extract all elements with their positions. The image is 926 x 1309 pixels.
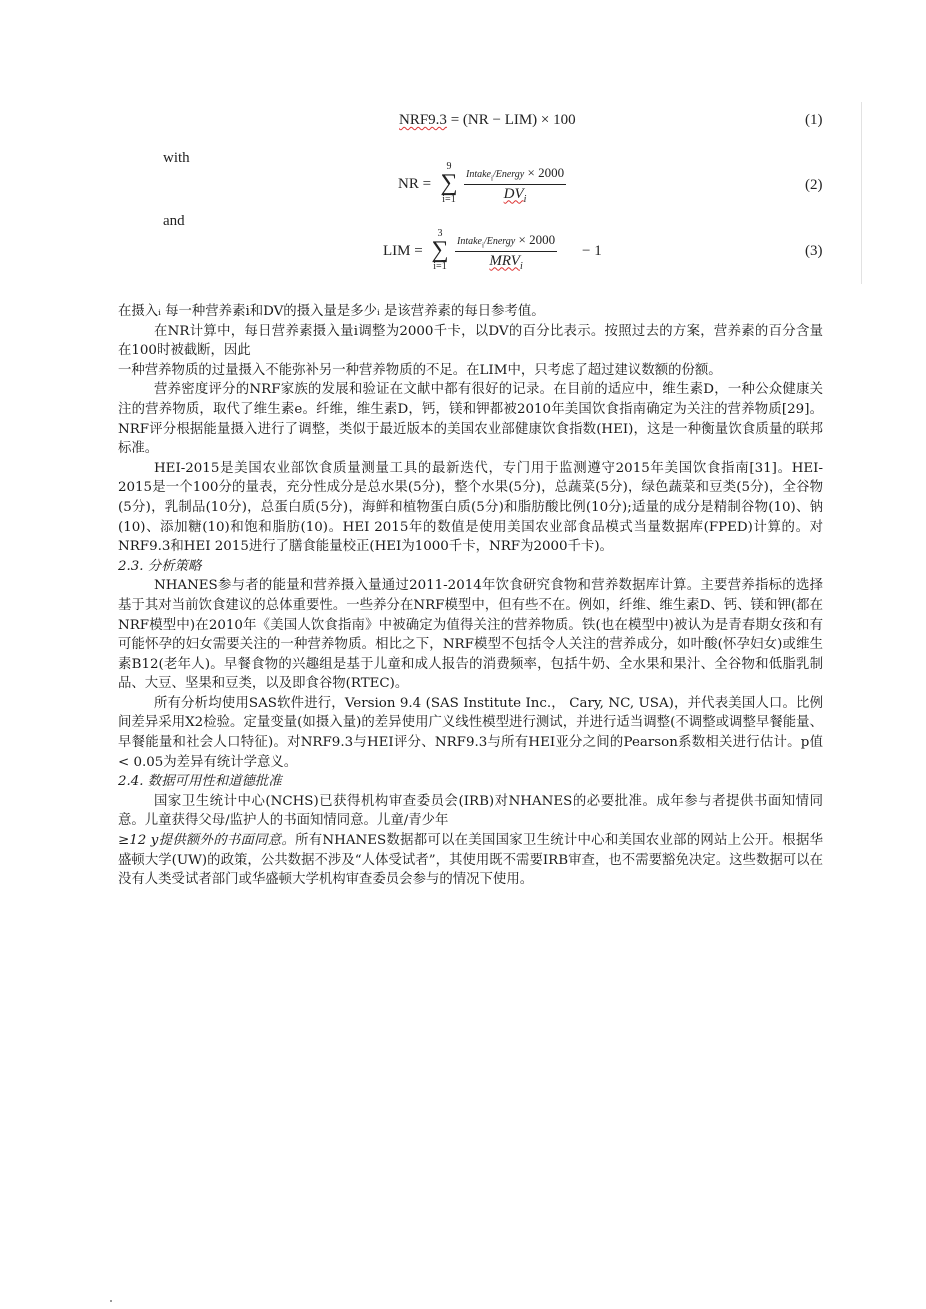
paragraph: 在摄入ᵢ 每一种营养素i和DV的摄入量是多少ᵢ 是该营养素的每日参考值。 [118, 302, 823, 322]
margin-divider [861, 102, 862, 284]
equation-3-lhs: LIM = [383, 243, 423, 260]
summation-sign: 9 ∑ i=1 [438, 162, 460, 206]
equation-1: NRF9.3 = (NR − LIM) × 100 [399, 112, 576, 129]
summation-sign: 3 ∑ i=1 [429, 229, 451, 273]
section-heading-2-4: 2.4. 数据可用性和道德批准 [118, 772, 823, 792]
paragraph: ≥12 y提供额外的书面同意。所有NHANES数据都可以在美国国家卫生统计中心和… [118, 831, 823, 890]
page-marker [110, 1300, 112, 1302]
equation-1-rhs: = (NR − LIM) × 100 [451, 112, 576, 128]
equation-connector-with: with [163, 150, 190, 167]
document-page: NRF9.3 = (NR − LIM) × 100 (1) with NR = … [0, 0, 926, 1309]
italic-consent-note: ≥12 y提供额外的书面同意。 [118, 833, 295, 848]
equation-1-lhs: NRF9.3 [399, 112, 447, 128]
paragraph: 国家卫生统计中心(NCHS)已获得机构审查委员会(IRB)对NHANES的必要批… [118, 792, 823, 831]
section-heading-2-3: 2.3. 分析策略 [118, 557, 823, 577]
paragraph: NHANES参与者的能量和营养摄入量通过2011-2014年饮食研究食物和营养数… [118, 576, 823, 694]
equation-1-number: (1) [805, 112, 823, 129]
equation-3-tail: − 1 [582, 243, 602, 260]
equation-2-number: (2) [805, 177, 823, 194]
body-text: 在摄入ᵢ 每一种营养素i和DV的摄入量是多少ᵢ 是该营养素的每日参考值。 在NR… [118, 302, 823, 890]
paragraph: 营养密度评分的NRF家族的发展和验证在文献中都有很好的记录。在目前的适应中，维生… [118, 380, 823, 458]
equation-3-number: (3) [805, 243, 823, 260]
equation-2-lhs: NR = [398, 176, 431, 193]
paragraph: 一种营养物质的过量摄入不能弥补另一种营养物质的不足。在LIM中，只考虑了超过建议… [118, 361, 823, 381]
paragraph: 在NR计算中，每日营养素摄入量i调整为2000千卡，以DV的百分比表示。按照过去… [118, 322, 823, 361]
equation-connector-and: and [163, 213, 185, 230]
paragraph: HEI-2015是美国农业部饮食质量测量工具的最新迭代，专门用于监测遵守2015… [118, 459, 823, 557]
equation-3-fraction: Intakei/Energy × 2000 MRVi [455, 232, 557, 272]
equation-2-fraction: Intakei/Energy × 2000 DVi [464, 165, 566, 205]
paragraph: 所有分析均使用SAS软件进行，Version 9.4 (SAS Institut… [118, 694, 823, 772]
